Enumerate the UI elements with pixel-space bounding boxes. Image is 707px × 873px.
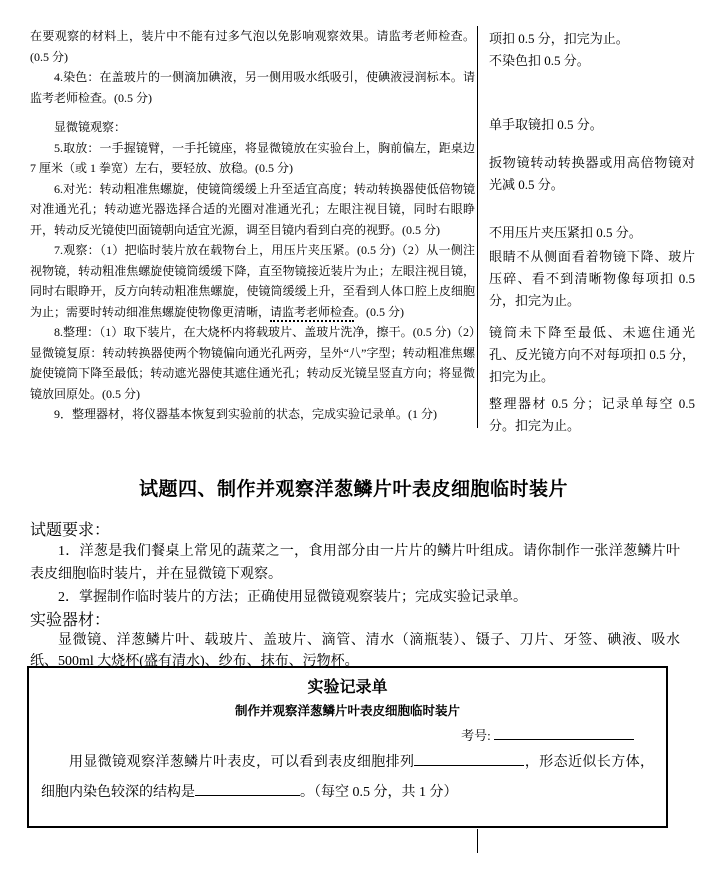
procedure-step-6-lighting: 6.对光：转动粗准焦螺旋，使镜筒缓缓上升至适宜高度；转动转换器使低倍物镜对准通光… [30, 179, 475, 241]
deduction-note-8: 整理器材 0.5 分；记录单每空 0.5 分。扣完为止。 [489, 393, 695, 437]
experiment-record-form: 实验记录单 制作并观察洋葱鳞片叶表皮细胞临时装片 考号: 用显微镜观察洋葱鳞片叶… [27, 666, 668, 828]
deduction-note-2: 不染色扣 0.5 分。 [489, 50, 695, 72]
next-section-divider-stub [477, 829, 478, 853]
step-7-score: 。(0.5 分) [354, 305, 404, 319]
column-divider-line [477, 26, 478, 428]
procedure-step-8-cleanup: 8.整理：（1）取下装片，在大烧杯内将载玻片、盖玻片洗净，擦干。(0.5 分)（… [30, 322, 475, 404]
requirements-heading: 试题要求： [30, 517, 680, 540]
step-7-emphasized-text: 请监考老师检查 [270, 305, 354, 322]
materials-heading: 实验器材： [30, 607, 680, 630]
exam-number-row: 考号: [29, 725, 666, 744]
answer-blank-arrangement [414, 752, 524, 766]
procedure-step-7-observe: 7.观察：（1）把临时装片放在载物台上，用压片夹压紧。(0.5 分)（2）从一侧… [30, 240, 475, 322]
answer-blank-structure [195, 782, 300, 796]
exam-number-label: 考号: [461, 728, 491, 743]
record-form-subtitle: 制作并观察洋葱鳞片叶表皮细胞临时装片 [29, 701, 666, 719]
record-form-question: 用显微镜观察洋葱鳞片叶表皮，可以看到表皮细胞排列，形态近似长方体，细胞内染色较深… [41, 748, 654, 808]
procedure-continuation: 在要观察的材料上，装片中不能有过多气泡以免影响观察效果。请监考老师检查。(0.5… [30, 26, 475, 67]
question-seg-1: 用显微镜观察洋葱鳞片叶表皮，可以看到表皮细胞排列 [69, 755, 414, 770]
document-page: 在要观察的材料上，装片中不能有过多气泡以免影响观察效果。请监考老师检查。(0.5… [0, 0, 707, 873]
section-title: 试题四、制作并观察洋葱鳞片叶表皮细胞临时装片 [0, 474, 707, 501]
deduction-note-4: 扳物镜转动转换器或用高倍物镜对光减 0.5 分。 [489, 152, 695, 196]
step-7-text: 7.观察：（1）把临时装片放在载物台上，用压片夹压紧。(0.5 分)（2）从一侧… [30, 243, 475, 319]
record-form-title: 实验记录单 [29, 674, 666, 697]
deduction-note-1: 项扣 0.5 分，扣完为止。 [489, 28, 695, 50]
deduction-note-7: 镜筒未下降至最低、未遮住通光孔、反光镜方向不对每项扣 0.5 分，扣完为止。 [489, 322, 695, 388]
deduction-note-5: 不用压片夹压紧扣 0.5 分。 [489, 222, 695, 244]
deduction-table: 在要观察的材料上，装片中不能有过多气泡以免影响观察效果。请监考老师检查。(0.5… [0, 26, 707, 436]
procedure-step-5-placement: 5.取放：一手握镜臂，一手托镜座，将显微镜放在实验台上，胸前偏左，距桌边 7 厘… [30, 138, 475, 179]
microscope-observation-heading: 显微镜观察： [30, 117, 475, 138]
exam-number-blank [494, 726, 634, 740]
deduction-note-6: 眼睛不从侧面看着物镜下降、玻片压碎、看不到清晰物像每项扣 0.5 分，扣完为止。 [489, 246, 695, 312]
procedure-step-9-restore: 9．整理器材，将仪器基本恢复到实验前的状态，完成实验记录单。(1 分) [30, 404, 475, 425]
procedure-column: 在要观察的材料上，装片中不能有过多气泡以免影响观察效果。请监考老师检查。(0.5… [30, 26, 475, 425]
requirement-2: 2．掌握制作临时装片的方法；正确使用显微镜观察装片；完成实验记录单。 [30, 586, 680, 606]
deduction-note-3: 单手取镜扣 0.5 分。 [489, 114, 695, 136]
question-seg-3: 。（每空 0.5 分，共 1 分） [300, 785, 458, 800]
procedure-step-4-staining: 4.染色：在盖玻片的一侧滴加碘液，另一侧用吸水纸吸引，使碘液浸润标本。请监考老师… [30, 67, 475, 108]
requirement-1: 1．洋葱是我们餐桌上常见的蔬菜之一，食用部分由一片片的鳞片叶组成。请你制作一张洋… [30, 540, 680, 586]
